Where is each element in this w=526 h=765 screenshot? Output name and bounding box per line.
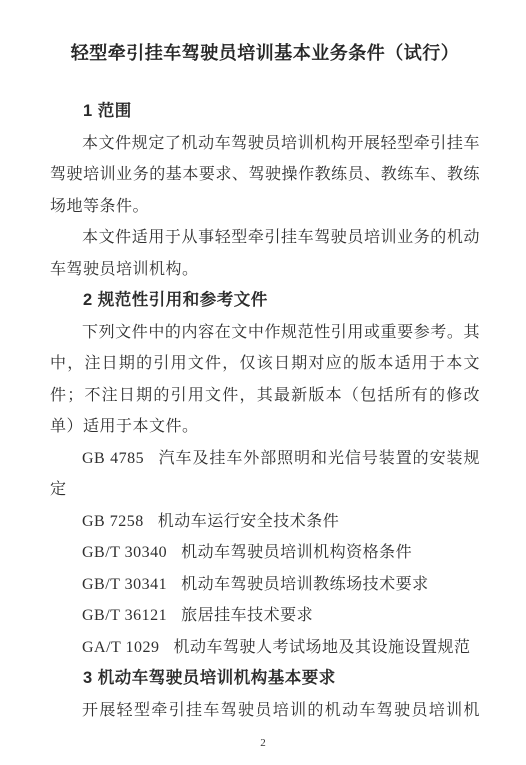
reference-title: 机动车驾驶人考试场地及其设施设置规范 — [174, 639, 471, 656]
reference-item: GB 4785汽车及挂车外部照明和光信号装置的安装规定 — [50, 443, 480, 506]
paragraph: 本文件规定了机动车驾驶员培训机构开展轻型牵引挂车驾驶培训业务的基本要求、驾驶操作… — [50, 128, 480, 223]
section-heading-normative-references: 2 规范性引用和参考文件 — [50, 285, 480, 317]
paragraph: 开展轻型牵引挂车驾驶员培训的机动车驾驶员培训机 — [50, 695, 480, 727]
section-heading-scope: 1 范围 — [50, 96, 480, 128]
reference-code: GB/T 30341 — [82, 576, 167, 593]
reference-item: GB/T 36121旅居挂车技术要求 — [50, 600, 480, 632]
reference-code: GA/T 1029 — [82, 639, 160, 656]
reference-code: GB/T 30340 — [82, 544, 167, 561]
reference-code: GB 4785 — [82, 450, 144, 467]
paragraph: 下列文件中的内容在文中作规范性引用或重要参考。其中，注日期的引用文件，仅该日期对… — [50, 317, 480, 443]
section-heading-training-institution-requirements: 3 机动车驾驶员培训机构基本要求 — [50, 663, 480, 695]
reference-title: 机动车驾驶员培训机构资格条件 — [181, 544, 412, 561]
document-title: 轻型牵引挂车驾驶员培训基本业务条件（试行） — [50, 40, 480, 66]
reference-item: GA/T 1029机动车驾驶人考试场地及其设施设置规范 — [50, 632, 480, 664]
reference-title: 机动车驾驶员培训教练场技术要求 — [181, 576, 429, 593]
reference-title: 旅居挂车技术要求 — [181, 607, 313, 624]
page-number: 2 — [0, 737, 526, 749]
document-page: 轻型牵引挂车驾驶员培训基本业务条件（试行） 1 范围 本文件规定了机动车驾驶员培… — [0, 0, 526, 765]
reference-code: GB/T 36121 — [82, 607, 167, 624]
reference-item: GB/T 30340机动车驾驶员培训机构资格条件 — [50, 537, 480, 569]
reference-code: GB 7258 — [82, 513, 144, 530]
paragraph: 本文件适用于从事轻型牵引挂车驾驶员培训业务的机动车驾驶员培训机构。 — [50, 222, 480, 285]
reference-title: 机动车运行安全技术条件 — [158, 513, 340, 530]
reference-item: GB/T 30341机动车驾驶员培训教练场技术要求 — [50, 569, 480, 601]
reference-item: GB 7258机动车运行安全技术条件 — [50, 506, 480, 538]
